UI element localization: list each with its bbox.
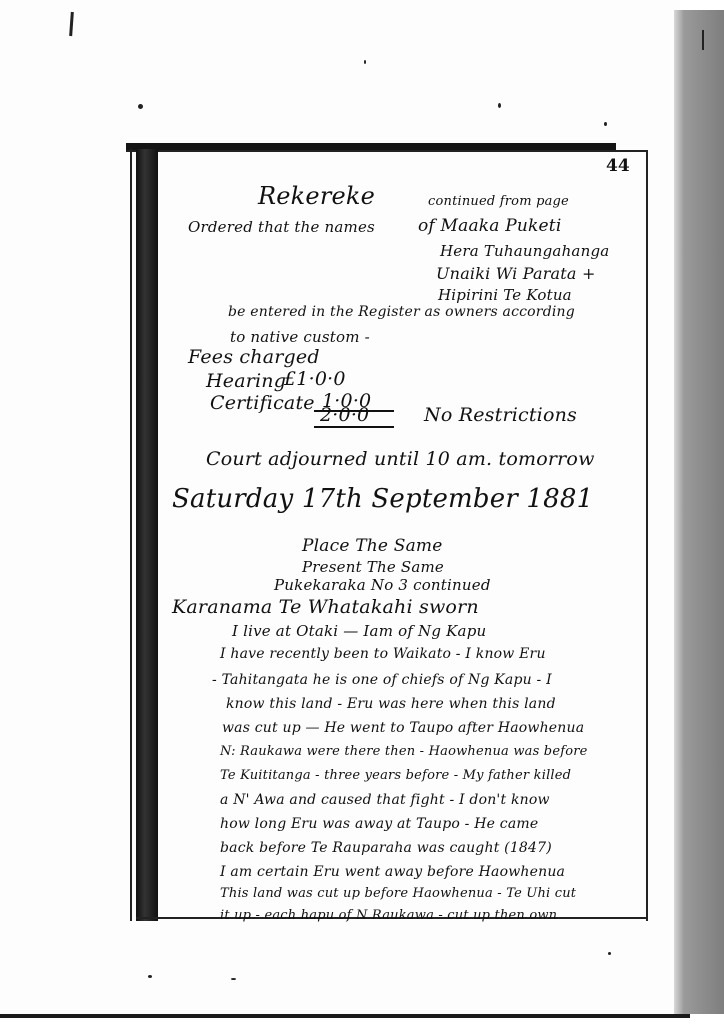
testimony-line: I live at Otaki — Iam of Ng Kapu [232,622,486,640]
witness-sworn: Karanama Te Whatakahi sworn [172,596,479,618]
adjacent-page-edge [674,10,724,1014]
testimony-line: was cut up — He went to Taupo after Haow… [222,720,584,736]
fee-amount: £1·0·0 [284,368,346,390]
testimony-line: Te Kuititanga - three years before - My … [220,768,571,783]
testimony-line: I have recently been to Waikato - I know… [220,646,546,662]
order-text: to native custom - [230,328,370,346]
testimony-line: - Tahitangata he is one of chiefs of Ng … [212,672,552,688]
scan-speck [138,104,143,109]
total-underline [314,426,394,428]
owner-name: Hera Tuhaungahanga [440,242,609,260]
session-date: Saturday 17th September 1881 [172,484,593,514]
fee-label: Hearing [206,370,286,392]
heading: Rekereke [258,182,375,210]
testimony-line: how long Eru was away at Taupo - He came [220,816,538,832]
fee-total: 2·0·0 [320,404,369,426]
adjournment-note: Court adjourned until 10 am. tomorrow [206,448,595,470]
order-text: be entered in the Register as owners acc… [228,304,575,320]
testimony-line: This land was cut up before Haowhenua - … [220,886,576,901]
present-note: Present The Same [302,558,444,576]
scan-speck [604,122,607,126]
place-note: Place The Same [302,536,443,556]
scan-speck [148,975,152,978]
scan-speck [608,952,611,955]
testimony-line: know this land - Eru was here when this … [226,696,556,712]
scan-speck [231,978,236,980]
owner-name: Unaiki Wi Parata + [436,264,596,283]
testimony-line: it up - each hapu of N Raukawa - cut up … [220,908,557,923]
scan-speck [498,103,501,108]
order-text: Ordered that the names [188,218,375,236]
owner-name: Hipirini Te Kotua [438,286,572,304]
testimony-line: N: Raukawa were there then - Haowhenua w… [220,744,588,759]
fees-heading: Fees charged [188,346,320,368]
scan-speck [364,60,366,64]
owner-name: of Maaka Puketi [418,216,561,236]
page-bottom-edge [0,1014,690,1018]
case-title: Pukekaraka No 3 continued [274,576,491,594]
testimony-line: a N' Awa and caused that fight - I don't… [220,792,550,808]
testimony-line: back before Te Rauparaha was caught (184… [220,840,552,856]
restrictions-note: No Restrictions [424,404,577,426]
page-number: 44 [606,156,630,176]
continued-note: continued from page [428,194,569,209]
fee-label: Certificate [210,392,315,414]
testimony-line: I am certain Eru went away before Haowhe… [220,864,565,880]
